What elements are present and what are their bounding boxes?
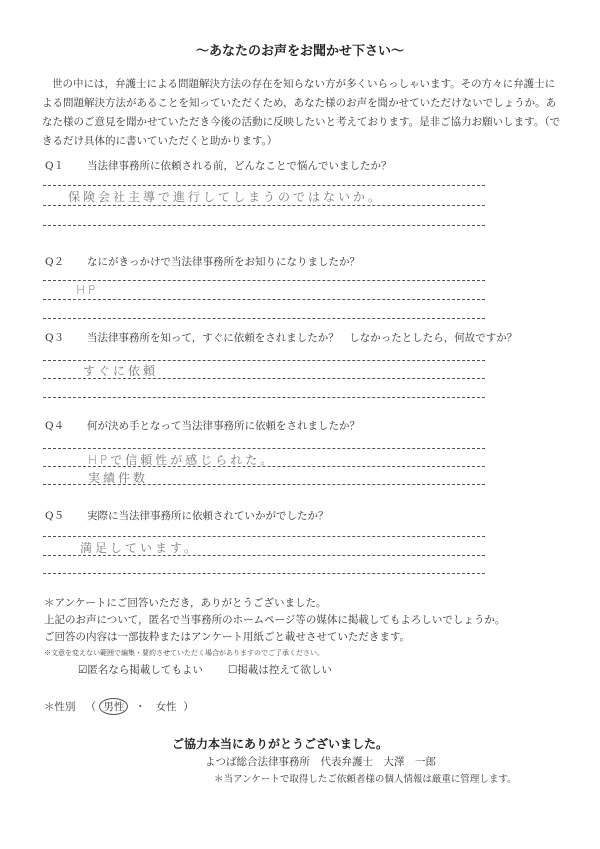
answer-line [43,360,485,361]
answer-5-text: 満足しています。 [80,539,199,556]
separator-dot: ・ [135,701,146,713]
question-text: なにがきっかけで当法律事務所をお知りになりましたか？ [87,256,360,268]
intro-paragraph: 世の中には，弁護士による問題解決方法の存在を知らない方が多くいらっしゃいます。そ… [42,75,562,151]
thanks-for-answering: ＊アンケートにご回答いただき，ありがとうございました。 [44,595,326,610]
question-text: 当法律事務所を知って，すぐに依頼をされましたか？ しなかったとしたら，何故ですか… [87,332,517,344]
answer-line [43,378,485,379]
answer-line [43,225,485,226]
answer-line [43,318,485,319]
content-note: ご回答の内容は一部抜粋またはアンケート用紙ごと載せさせていただきます。 [44,629,410,644]
intro-text: 世の中には，弁護士による問題解決方法の存在を知らない方が多くいらっしゃいます。そ… [42,75,562,151]
gender-male-circled[interactable]: 男性 [99,698,128,715]
answer-2-text: HP [76,283,98,297]
paren-close: ） [183,701,194,713]
firm-signature: よつば総合法律事務所 代表弁護士 大澤 一郎 [205,754,436,769]
answer-line [43,466,485,467]
checkbox-checked-icon[interactable]: ☑ [78,664,87,676]
answer-line [43,555,485,556]
answer-3-text: すぐに依頼 [83,362,158,379]
edit-note: ※文意を変えない範囲で編集・要約させていただく場合がありますのでご了承ください。 [44,648,324,658]
gender-label: ＊性別 [44,701,76,713]
publish-option-no[interactable]: ☐掲載は控えて欲しい [228,662,332,677]
closing-thanks: ご協力本当にありがとうございました。 [0,735,580,752]
question-number: Q３ [45,330,87,345]
answer-line [43,205,485,206]
question-2: Q２なにがきっかけで当法律事務所をお知りになりましたか？ [45,254,360,269]
question-text: 当法律事務所に依頼される前，どんなことで悩んでいましたか？ [87,160,392,172]
question-5: Q５実際に当法律事務所に依頼されていかがでしたか？ [45,508,329,523]
answer-line [43,484,485,485]
checkbox-unchecked-icon[interactable]: ☐ [228,664,237,676]
answer-line [43,573,485,574]
question-text: 実際に当法律事務所に依頼されていかがでしたか？ [87,510,329,522]
answer-line [43,299,485,300]
answer-line [43,397,485,398]
option-no-label: 掲載は控えて欲しい [237,664,332,676]
question-1: Q１当法律事務所に依頼される前，どんなことで悩んでいましたか？ [45,158,392,173]
question-text: 何が決め手となって当法律事務所に依頼をされましたか？ [87,420,360,432]
page-title: ～あなたのお声をお聞かせ下さい～ [0,40,600,59]
publish-option-yes[interactable]: ☑匿名なら掲載してもよい [78,662,203,677]
paren-open: （ [86,701,97,713]
question-number: Q１ [45,158,87,173]
gender-row: ＊性別 （ 男性 ・ 女性 ） [44,698,194,715]
answer-line [43,280,485,281]
gender-female[interactable]: 女性 [156,701,177,713]
question-3: Q３当法律事務所を知って，すぐに依頼をされましたか？ しなかったとしたら，何故で… [45,330,517,345]
question-number: Q５ [45,508,87,523]
question-4: Q４何が決め手となって当法律事務所に依頼をされましたか？ [45,418,360,433]
option-yes-label: 匿名なら掲載してもよい [87,664,203,676]
question-number: Q４ [45,418,87,433]
privacy-note: ＊当アンケートで取得したご依頼者様の個人情報は厳重に管理します。 [214,771,517,785]
answer-line [43,448,485,449]
answer-1-text: 保険会社主導で進行してしまうのではないか。 [68,188,383,205]
question-number: Q２ [45,254,87,269]
answer-line [43,185,485,186]
answer-line [43,536,485,537]
permission-question: 上記のお声について，匿名で当事務所のホームページ等の媒体に掲載してもよろしいでし… [44,612,505,627]
